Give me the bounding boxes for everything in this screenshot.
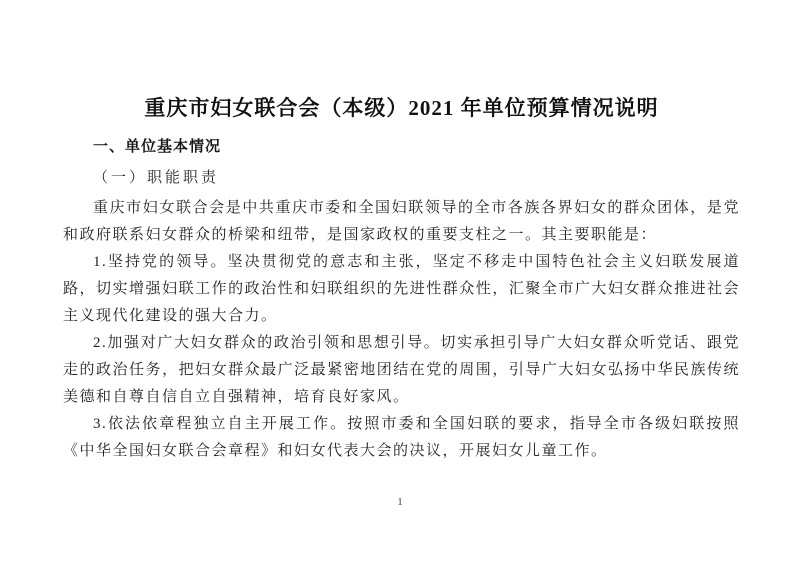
- document-title: 重庆市妇女联合会（本级）2021 年单位预算情况说明: [63, 94, 740, 123]
- paragraph-functions-intro: 重庆市妇女联合会是中共重庆市委和全国妇联领导的全市各族各界妇女的群众团体，是党和…: [63, 195, 740, 249]
- document-body: 重庆市妇女联合会是中共重庆市委和全国妇联领导的全市各族各界妇女的群众团体，是党和…: [63, 195, 740, 465]
- paragraph-duty-2: 2.加强对广大妇女群众的政治引领和思想引导。切实承担引导广大妇女群众听党话、跟党…: [63, 330, 740, 411]
- paragraph-duty-1: 1.坚持党的领导。坚决贯彻党的意志和主张，坚定不移走中国特色社会主义妇联发展道路…: [63, 249, 740, 330]
- section-heading-basic-info: 一、单位基本情况: [63, 135, 740, 159]
- document-page: 重庆市妇女联合会（本级）2021 年单位预算情况说明 一、单位基本情况 （一）职…: [0, 0, 800, 565]
- subsection-heading-functions: （一）职能职责: [63, 165, 740, 191]
- page-number: 1: [0, 496, 800, 508]
- paragraph-duty-3: 3.依法依章程独立自主开展工作。按照市委和全国妇联的要求，指导全市各级妇联按照《…: [63, 411, 740, 465]
